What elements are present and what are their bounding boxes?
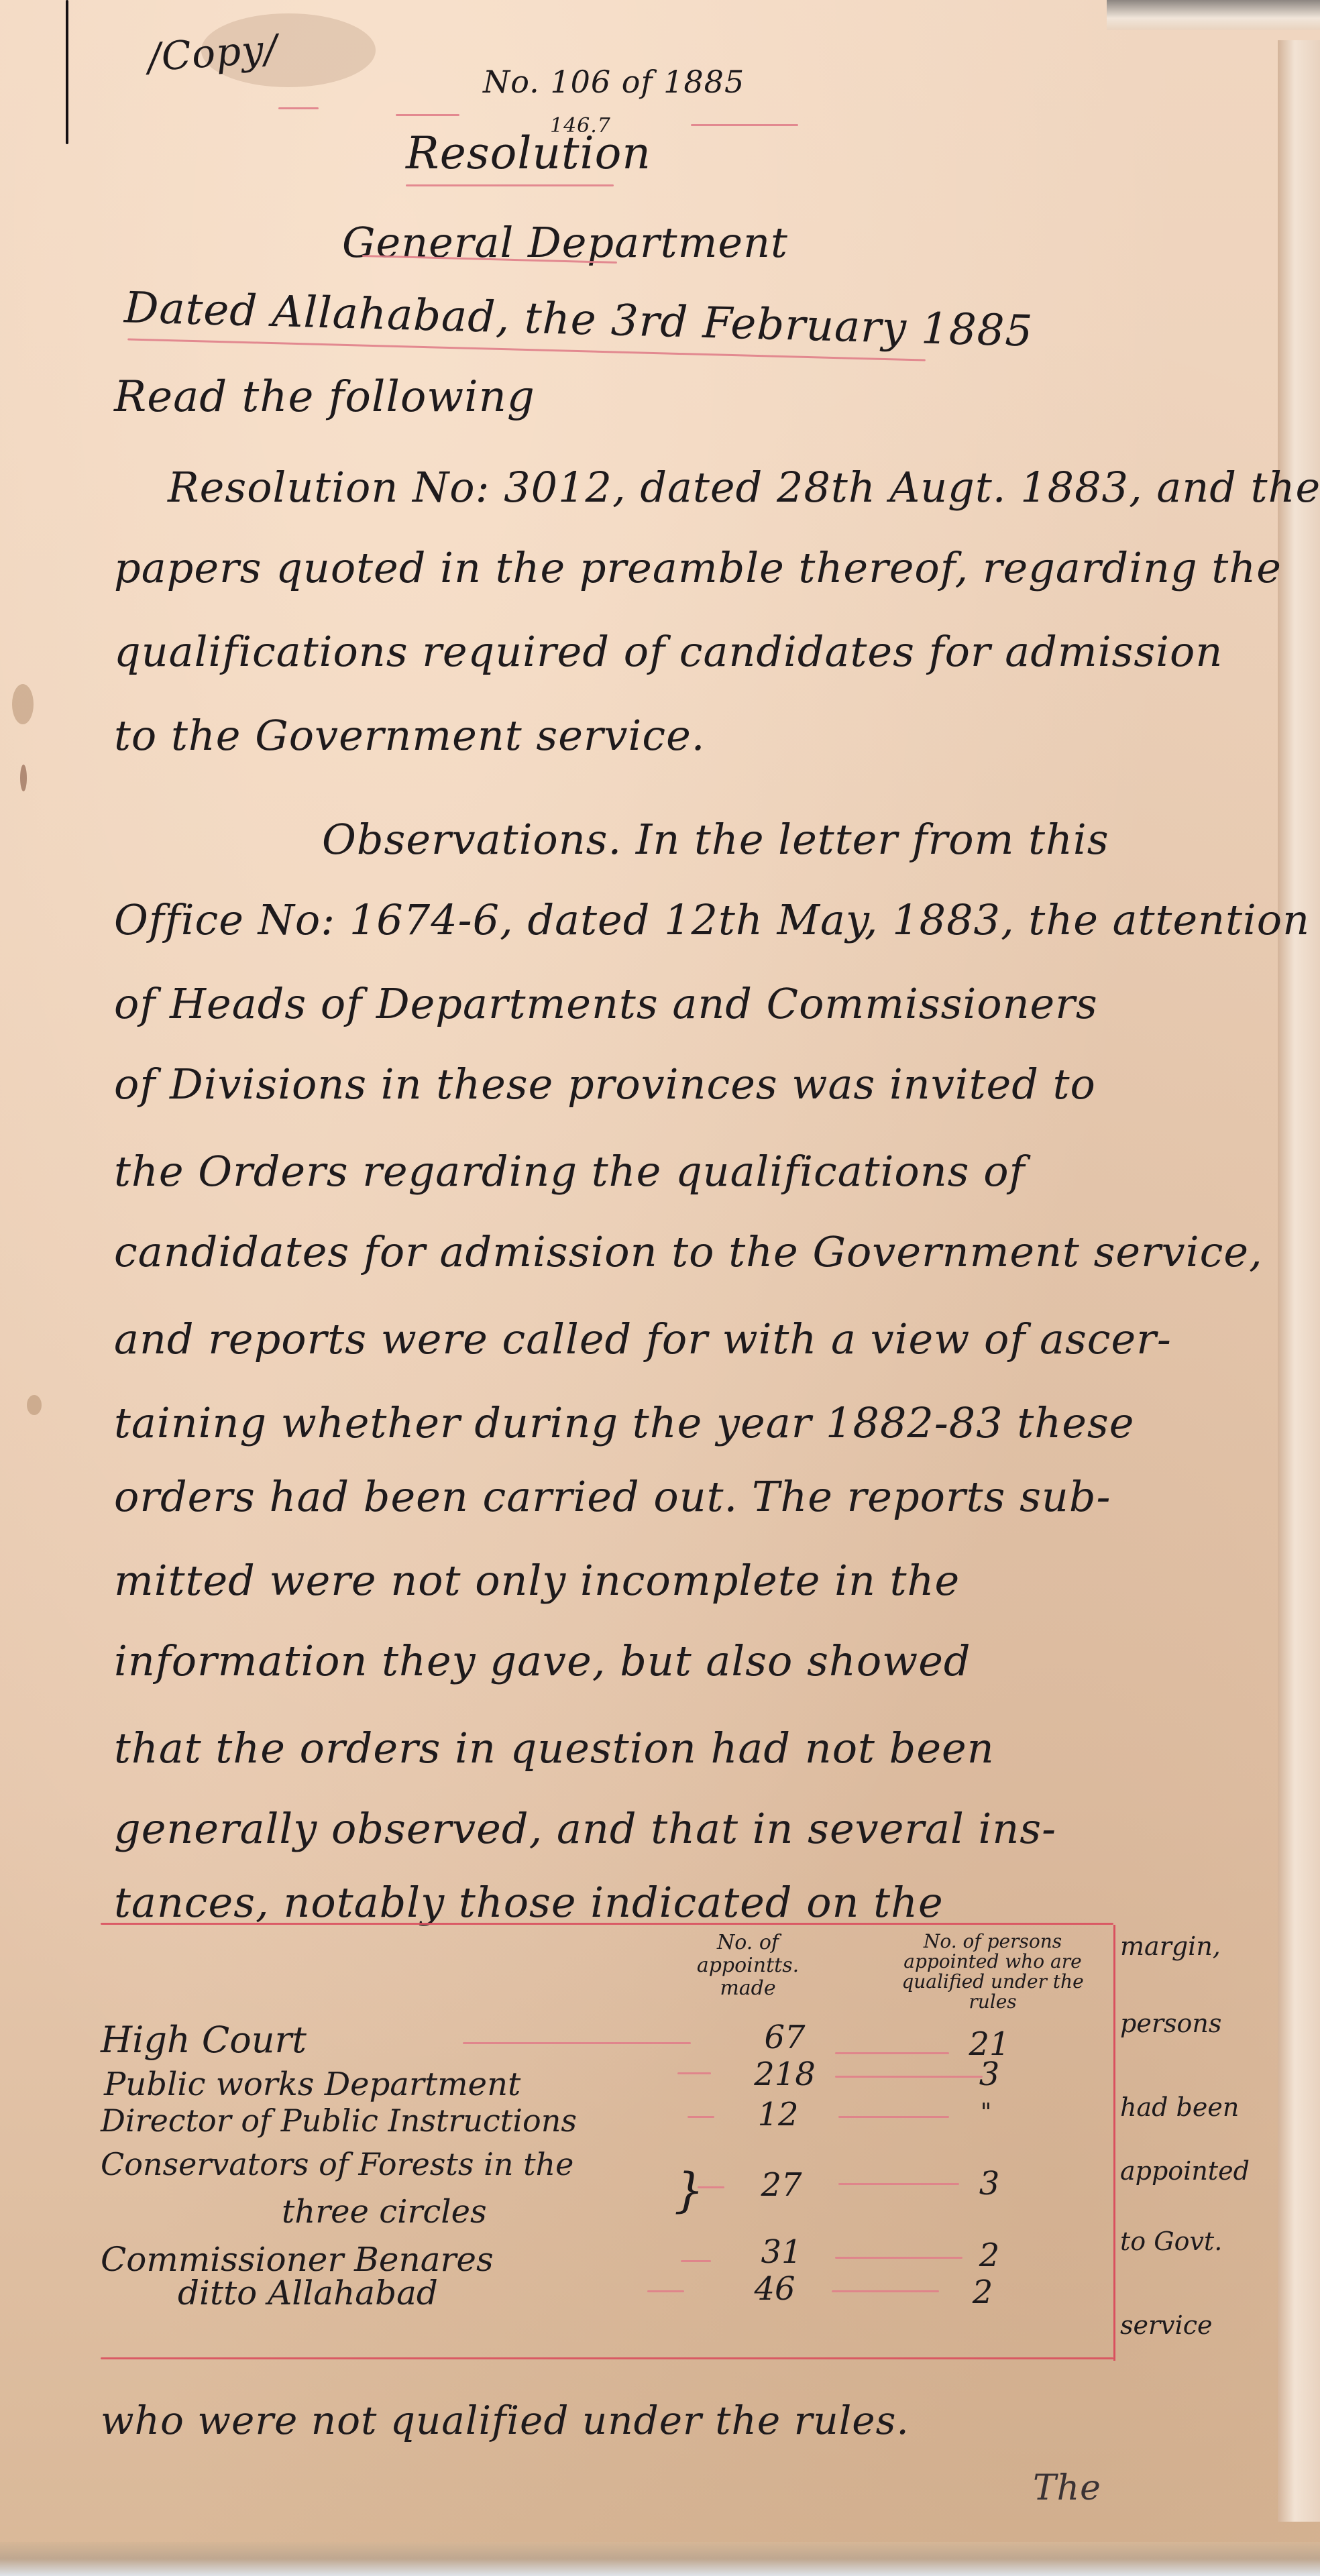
- paragraph-2-line: taining whether during the year 1882-83 …: [114, 1398, 1134, 1447]
- table-right-border: [1113, 1925, 1115, 2361]
- row-leader: [687, 2116, 714, 2118]
- row-leader: [463, 2042, 691, 2044]
- copy-mark: /Copy/: [146, 25, 280, 80]
- row-leader: [832, 2290, 939, 2292]
- margin-note-line: service: [1120, 2310, 1213, 2340]
- table-row-appointments: 46: [738, 2270, 812, 2308]
- paragraph-2-line: Office No: 1674-6, dated 12th May, 1883,…: [114, 895, 1310, 944]
- paragraph-2-line: of Divisions in these provinces was invi…: [114, 1060, 1096, 1109]
- ink-stain: [27, 1395, 42, 1415]
- paragraph-2-line: of Heads of Departments and Commissioner…: [114, 979, 1098, 1028]
- brace-icon: }: [674, 2163, 704, 2218]
- margin-note-line: margin,: [1120, 1931, 1221, 1961]
- paragraph-2-line: and reports were called for with a view …: [114, 1314, 1172, 1363]
- table-row-qualified: 3: [966, 2165, 1013, 2202]
- row-leader: [838, 2183, 959, 2185]
- table-row-office: ditto Allahabad: [178, 2274, 438, 2312]
- table-row-qualified: 2: [966, 2237, 1013, 2274]
- ink-stain: [12, 684, 34, 724]
- paragraph-2-line: candidates for admission to the Governme…: [114, 1227, 1263, 1276]
- page-top-edge: [1107, 0, 1320, 30]
- document-number: No. 106 of 1885: [483, 64, 745, 100]
- paragraph-2-line: the Orders regarding the qualifications …: [114, 1147, 1025, 1196]
- paragraph-2-line: mitted were not only incomplete in the: [114, 1556, 960, 1605]
- paragraph-2-line: tances, notably those indicated on the: [114, 1878, 944, 1927]
- table-row-appointments: 67: [751, 2019, 818, 2056]
- paragraph-2-line: information they gave, but also showed: [114, 1636, 971, 1685]
- table-row-appointments: 218: [751, 2056, 818, 2093]
- table-row-appointments: 27: [745, 2166, 818, 2204]
- underline: [396, 114, 459, 116]
- table-top-border: [101, 1923, 1113, 1925]
- paragraph-1-line: to the Government service.: [114, 711, 706, 760]
- margin-note-line: to Govt.: [1120, 2227, 1222, 2256]
- row-leader: [677, 2072, 711, 2074]
- table-row-office: High Court: [101, 2019, 307, 2061]
- read-heading: Read the following: [114, 372, 535, 422]
- row-leader: [647, 2290, 684, 2292]
- table-row-qualified: 3: [966, 2056, 1013, 2093]
- page-bottom-edge: [0, 2542, 1320, 2576]
- row-leader: [835, 2076, 983, 2078]
- margin-note-line: had been: [1120, 2092, 1239, 2122]
- paragraph-2-line: Observations. In the letter from this: [322, 815, 1109, 864]
- document-title: Resolution: [406, 127, 651, 179]
- paragraph-2-line: that the orders in question had not been: [114, 1724, 995, 1773]
- paragraph-2-line: orders had been carried out. The reports…: [114, 1472, 1111, 1521]
- table-row-appointments: 12: [738, 2096, 818, 2133]
- ink-stain: [20, 765, 27, 791]
- row-leader: [835, 2257, 963, 2259]
- table-row-office: Conservators of Forests in the: [101, 2146, 573, 2182]
- table-row-office: Public works Department: [104, 2066, 520, 2103]
- paragraph-1-line: papers quoted in the preamble thereof, r…: [114, 543, 1282, 592]
- underline: [691, 124, 798, 126]
- margin-note-line: persons: [1120, 2009, 1221, 2038]
- binding-mark: [66, 0, 68, 144]
- title-underline: [406, 184, 614, 186]
- underline: [278, 107, 319, 109]
- table-row-qualified: 2: [959, 2274, 1006, 2311]
- page-right-edge: [1278, 40, 1320, 2522]
- table-row-appointments: 31: [745, 2233, 818, 2271]
- column-header-appointments: No. of appointts. made: [684, 1931, 812, 2000]
- row-leader: [681, 2260, 711, 2262]
- table-row-qualified: ": [966, 2099, 1006, 2127]
- catchword: The: [1033, 2468, 1101, 2508]
- row-leader: [838, 2116, 949, 2118]
- margin-note-line: appointed: [1120, 2156, 1250, 2186]
- paragraph-1-line: Resolution No: 3012, dated 28th Augt. 18…: [168, 463, 1320, 512]
- table-bottom-border: [101, 2357, 1113, 2359]
- closing-line: who were not qualified under the rules.: [101, 2398, 910, 2443]
- paragraph-1-line: qualifications required of candidates fo…: [114, 627, 1223, 676]
- table-row-office-continued: three circles: [282, 2193, 487, 2231]
- table-row-office: Director of Public Instructions: [101, 2103, 577, 2139]
- dated-line: Dated Allahabad, the 3rd February 1885: [123, 283, 1034, 356]
- paragraph-2-line: generally observed, and that in several …: [114, 1804, 1056, 1853]
- document-page: /Copy/ No. 106 of 1885 146.7 Resolution …: [0, 0, 1320, 2576]
- row-leader: [835, 2052, 949, 2054]
- column-header-qualified: No. of persons appointed who are qualifi…: [879, 1931, 1107, 2012]
- row-leader: [698, 2186, 724, 2188]
